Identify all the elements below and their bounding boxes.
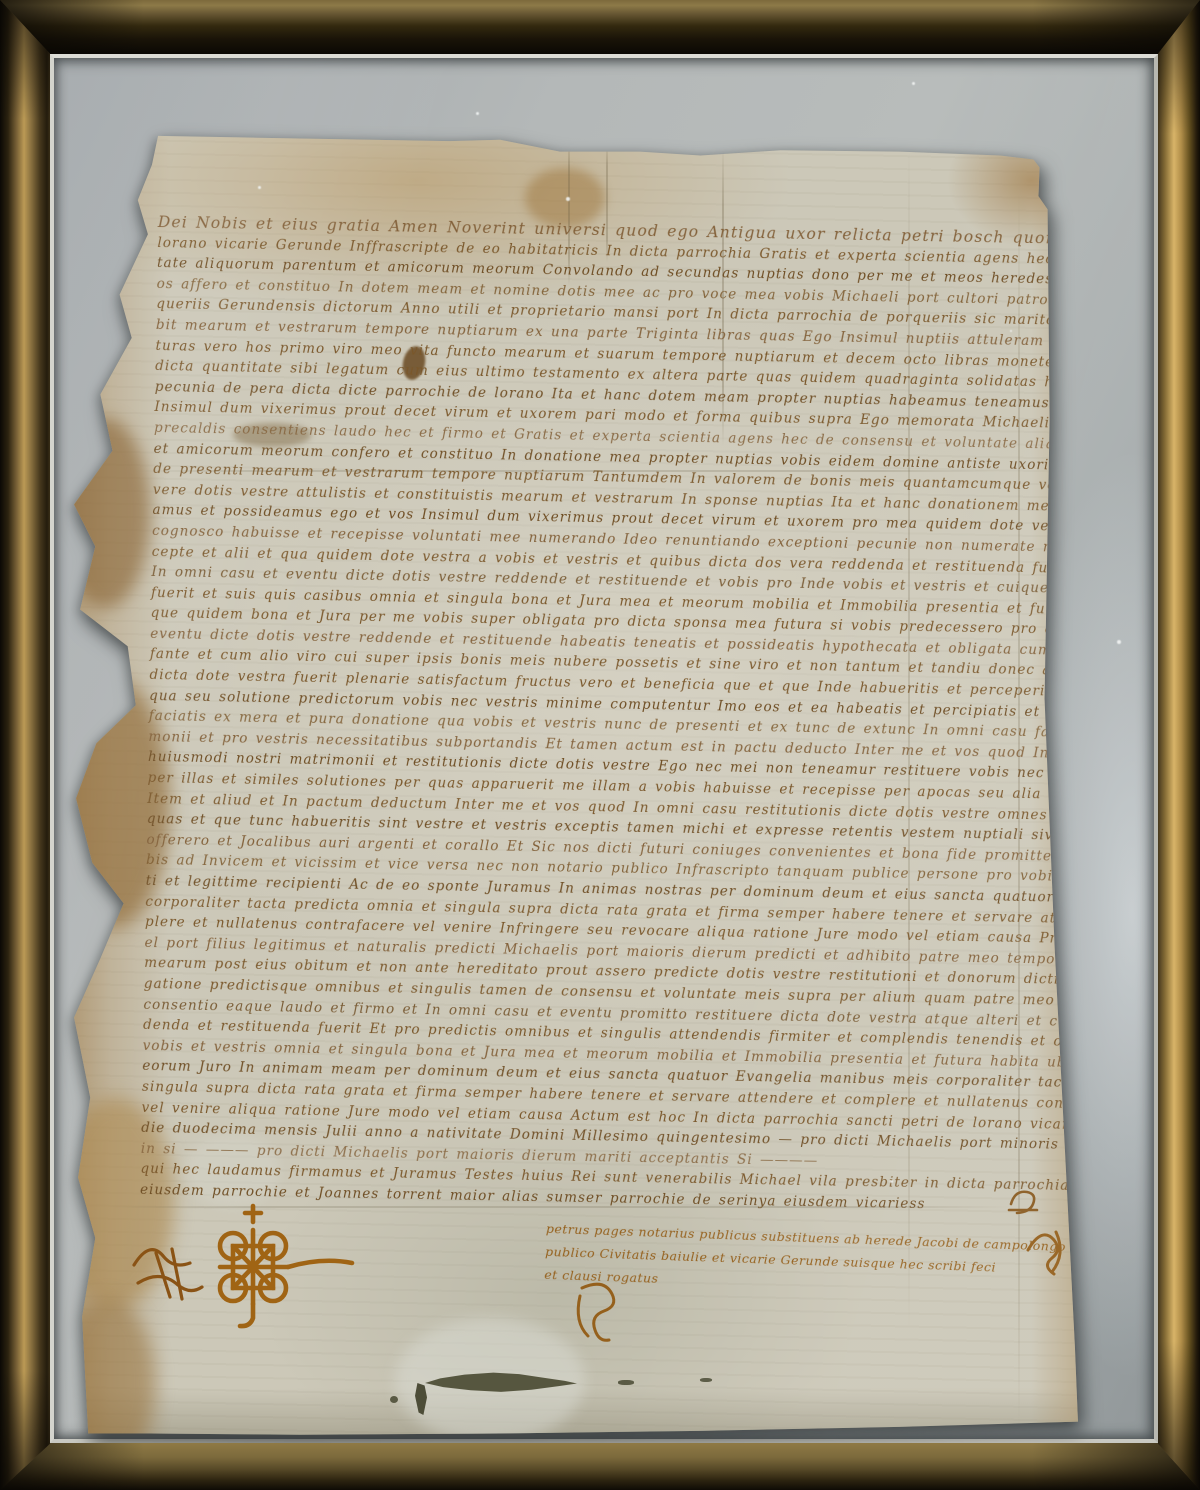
dust-speck (890, 1180, 893, 1183)
frame-bottom (0, 1443, 1200, 1490)
tear-drip (415, 1383, 427, 1415)
paraph-icon (568, 1280, 638, 1340)
tear-speck (618, 1380, 634, 1385)
margin-mark-icon (1005, 1184, 1041, 1214)
dust-speck (1117, 640, 1121, 644)
dust-speck (566, 197, 570, 201)
notarial-sign-icon (198, 1200, 388, 1350)
sign-flourish-icon (128, 1231, 218, 1311)
frame-right (1158, 0, 1200, 1490)
manuscript-text-block: Dei Nobis et eius gratia Amen Noverint u… (140, 212, 1066, 1217)
left-edge-stain-1 (60, 418, 150, 608)
dust-speck (912, 82, 915, 85)
paraph-right-icon (1020, 1220, 1080, 1280)
frame-top (0, 0, 1200, 54)
tear-speck (390, 1396, 398, 1403)
parchment-surface: Dei Nobis et eius gratia Amen Noverint u… (70, 128, 1082, 1440)
dust-speck (258, 186, 261, 189)
dust-speck (1010, 330, 1012, 332)
dust-speck (476, 112, 479, 115)
tear-speck (700, 1378, 712, 1382)
framed-manuscript-photo: Dei Nobis et eius gratia Amen Noverint u… (0, 0, 1200, 1490)
frame-left (0, 0, 50, 1490)
parchment-sheet: Dei Nobis et eius gratia Amen Noverint u… (70, 128, 1082, 1440)
tear-hole (425, 1370, 577, 1396)
